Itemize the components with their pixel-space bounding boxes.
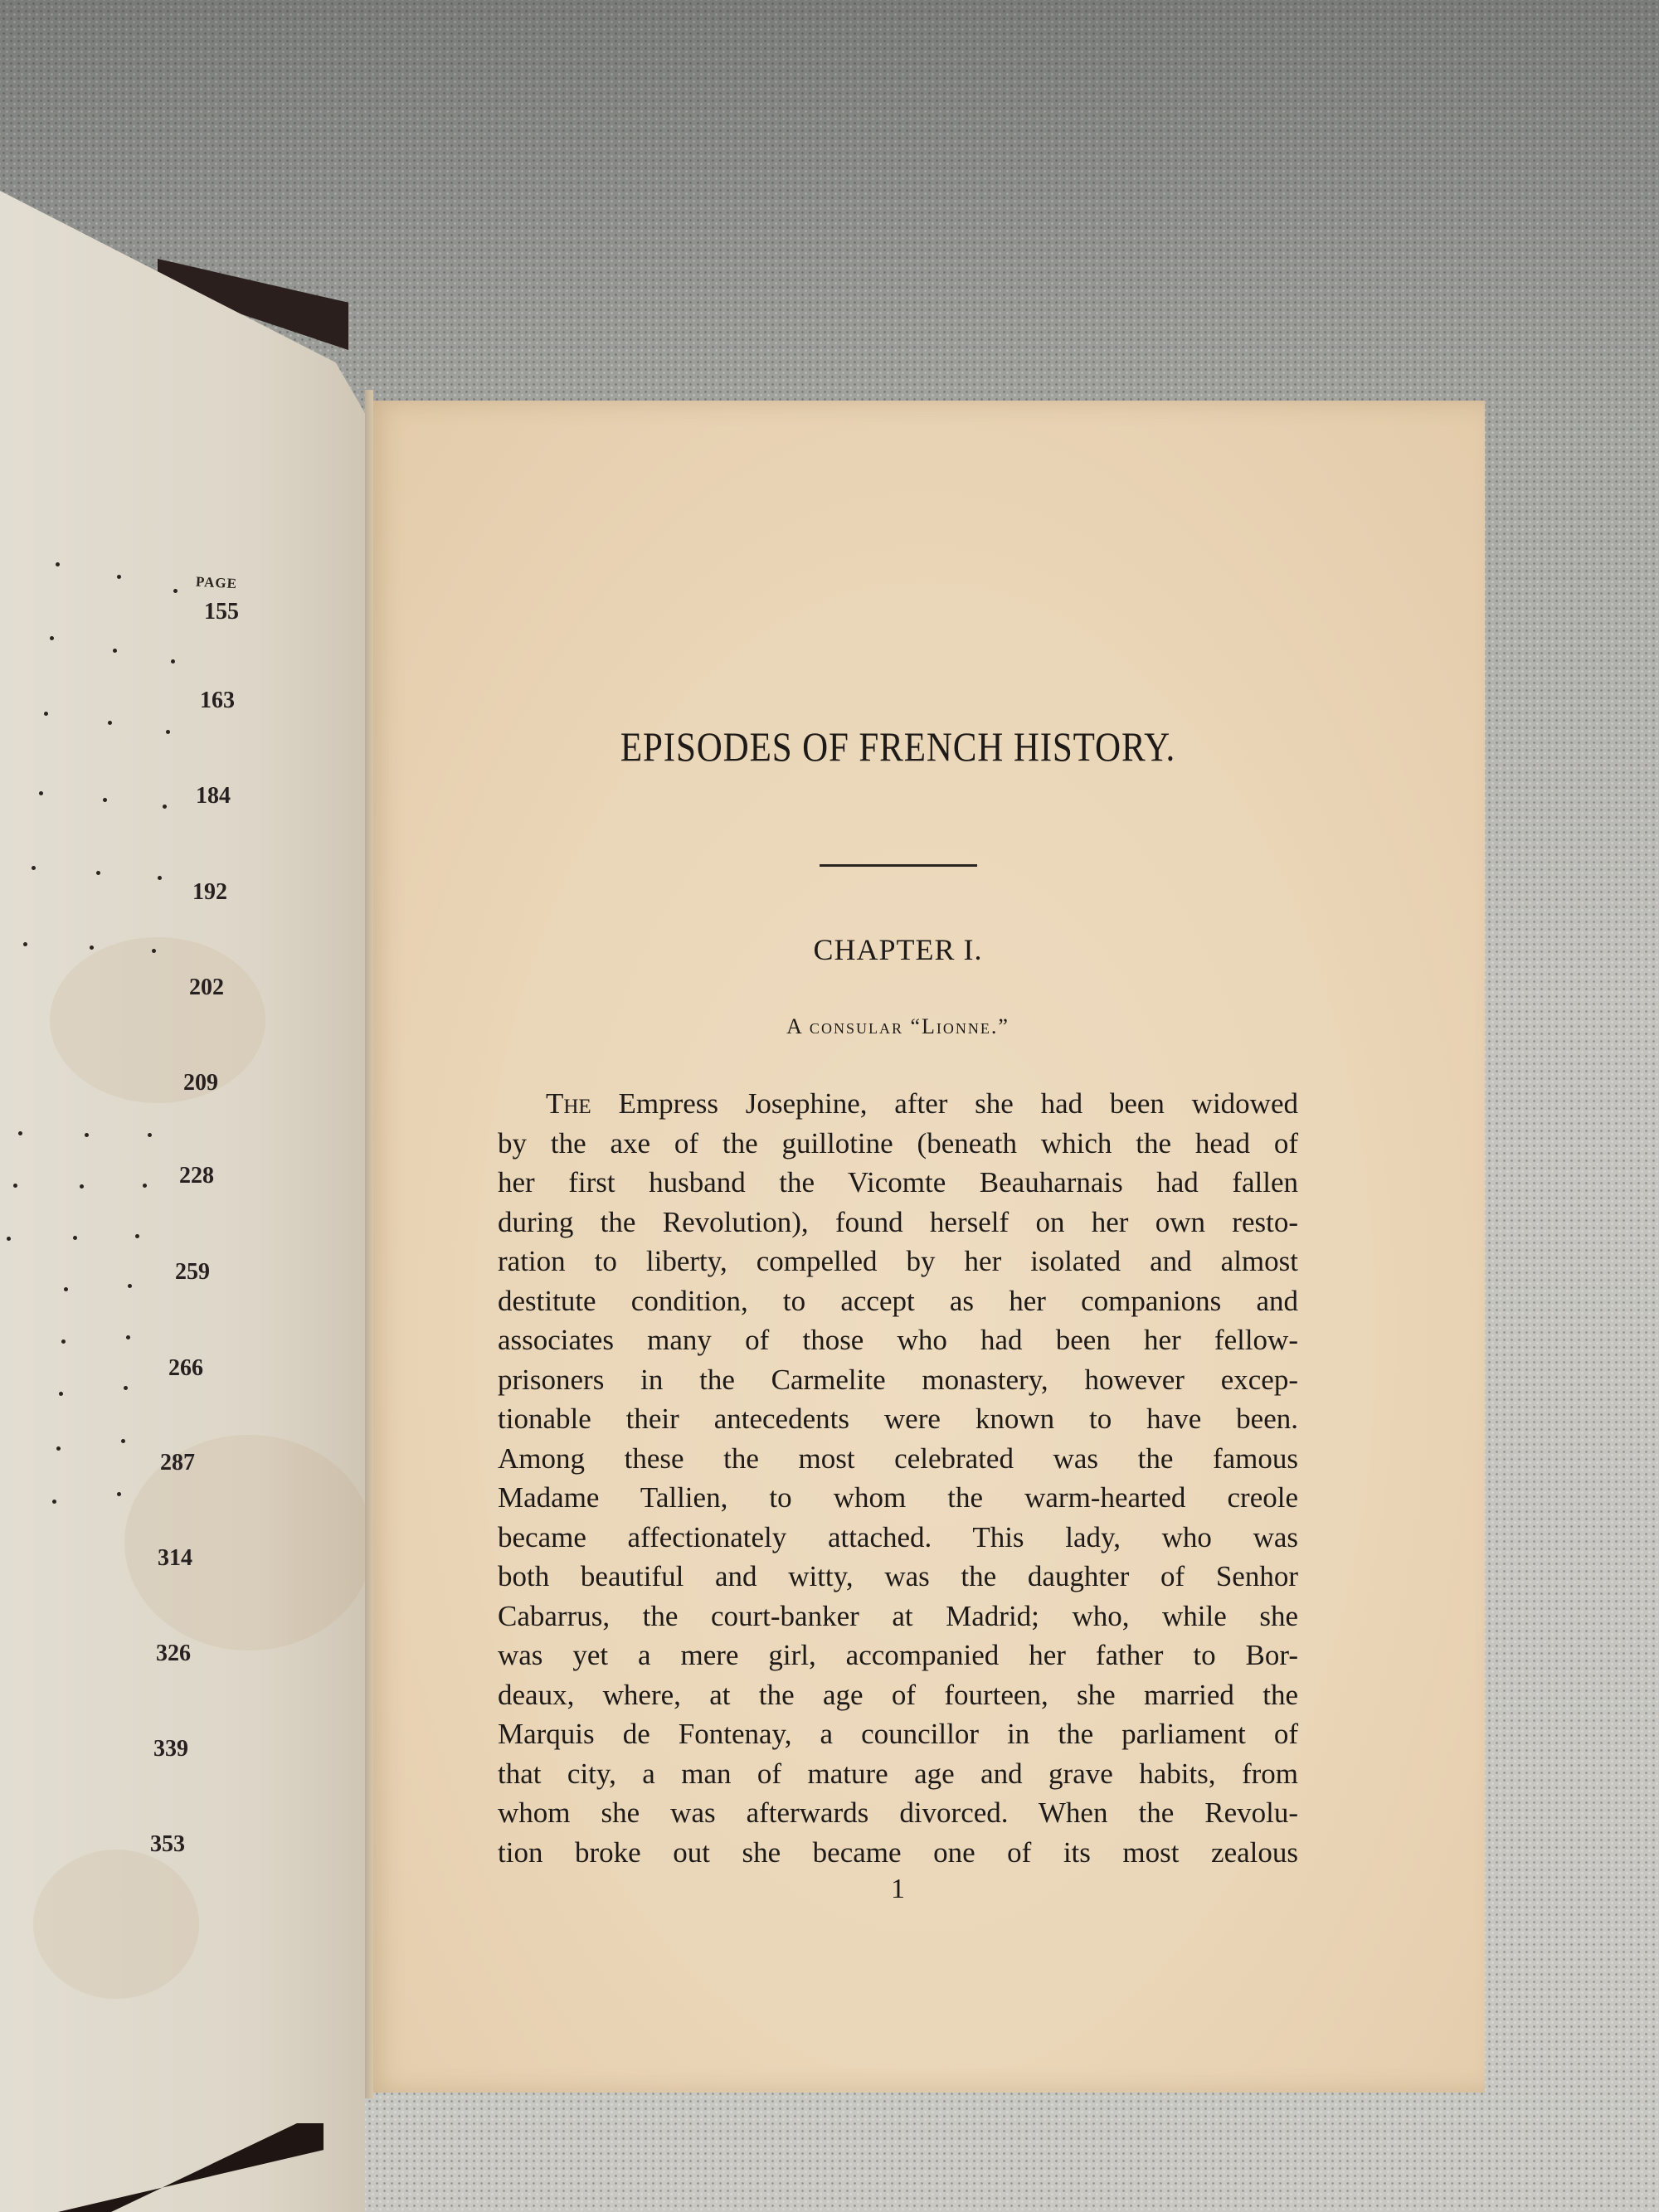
toc-page-header: PAGE	[196, 574, 238, 593]
page-number: 1	[498, 1874, 1298, 1910]
text-line: prisoners in the Carmelite monastery, ho…	[498, 1360, 1298, 1400]
book-gutter	[365, 390, 373, 2098]
chapter-heading: CHAPTER I.	[498, 931, 1298, 968]
text-line: by the axe of the guillotine (beneath wh…	[498, 1124, 1298, 1164]
left-page-contents	[0, 191, 365, 2212]
text-line: during the Revolution), found herself on…	[498, 1203, 1298, 1242]
text-line: tionable their antecedents were known to…	[498, 1399, 1298, 1439]
text-line: Cabarrus, the court-banker at Madrid; wh…	[498, 1597, 1298, 1636]
text-line: associates many of those who had been he…	[498, 1320, 1298, 1360]
toc-page-number: 259	[175, 1259, 210, 1286]
toc-page-number: 266	[168, 1355, 203, 1382]
text-line: whom she was afterwards divorced. When t…	[498, 1793, 1298, 1833]
toc-page-number: 155	[204, 599, 239, 625]
toc-page-number: 228	[179, 1163, 214, 1189]
toc-page-number: 326	[156, 1641, 191, 1667]
text-line: her first husband the Vicomte Beauharnai…	[498, 1163, 1298, 1203]
text-line: tion broke out she became one of its mos…	[498, 1833, 1298, 1873]
book-title: EPISODES OF FRENCH HISTORY.	[554, 722, 1243, 771]
drop-word: The	[546, 1087, 591, 1120]
text-line: Among these the most celebrated was the …	[498, 1439, 1298, 1479]
text-line: ration to liberty, compelled by her isol…	[498, 1242, 1298, 1281]
chapter-subtitle: A consular “Lionne.”	[498, 1013, 1298, 1041]
toc-page-number: 163	[200, 688, 235, 714]
text-line: that city, a man of mature age and grave…	[498, 1754, 1298, 1794]
toc-page-number: 314	[158, 1545, 192, 1572]
page-content: EPISODES OF FRENCH HISTORY. CHAPTER I. A…	[498, 722, 1298, 1910]
text-line: destitute condition, to accept as her co…	[498, 1281, 1298, 1321]
toc-page-number: 202	[189, 975, 224, 1001]
toc-page-number: 184	[196, 783, 231, 809]
text-line: Madame Tallien, to whom the warm-hearted…	[498, 1478, 1298, 1518]
text-line: both beautiful and witty, was the daught…	[498, 1557, 1298, 1597]
text-line: was yet a mere girl, accompanied her fat…	[498, 1636, 1298, 1675]
text-line: became affectionately attached. This lad…	[498, 1518, 1298, 1558]
toc-page-number: 287	[160, 1450, 195, 1476]
toc-page-number: 209	[183, 1070, 218, 1096]
text-line: Marquis de Fontenay, a councillor in the…	[498, 1714, 1298, 1754]
chapter-body-paragraph: The Empress Josephine, after she had bee…	[498, 1084, 1298, 1872]
toc-page-number: 339	[153, 1736, 188, 1762]
toc-page-number: 192	[192, 879, 227, 906]
text-line: The Empress Josephine, after she had bee…	[498, 1084, 1298, 1124]
title-rule-divider	[820, 864, 977, 867]
text-line: deaux, where, at the age of fourteen, sh…	[498, 1675, 1298, 1715]
toc-page-number: 353	[150, 1831, 185, 1858]
